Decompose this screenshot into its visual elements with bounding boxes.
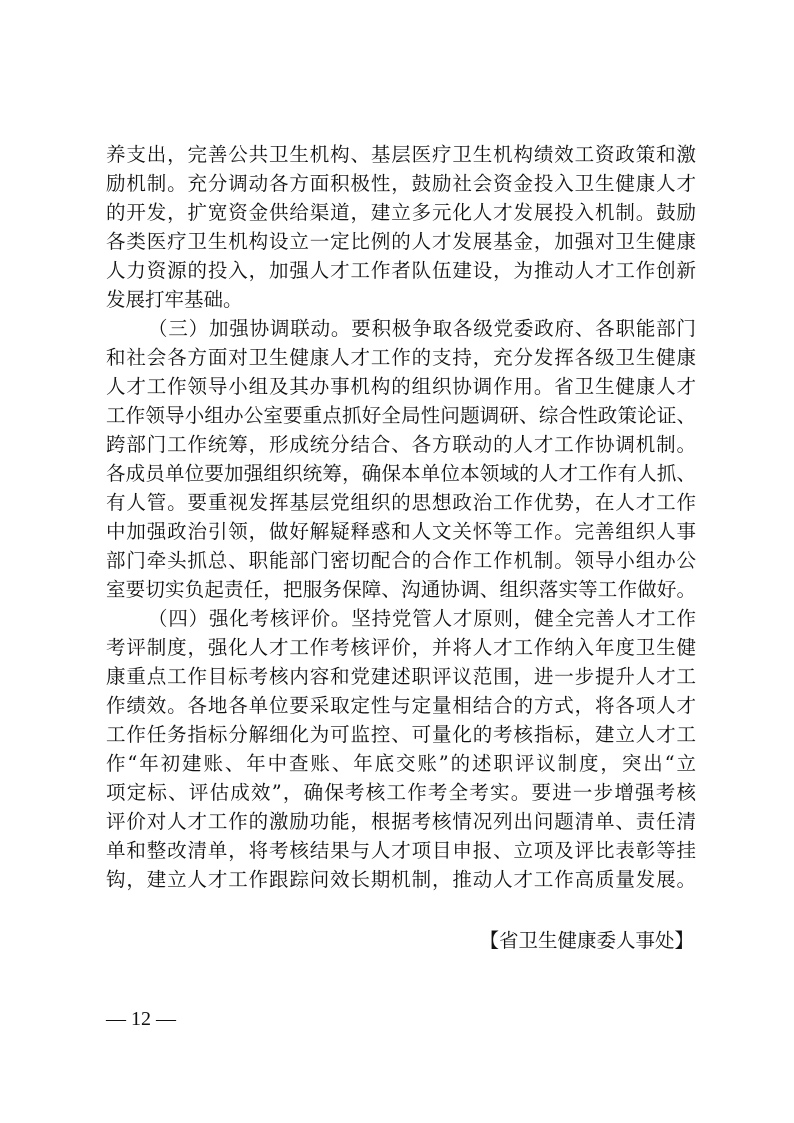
text-line: 励机制。充分调动各方面积极性，鼓励社会资金投入卫生健康人才 bbox=[106, 169, 696, 198]
section-heading-line: （四）强化考核评价。坚持党管人才原则，健全完善人才工作 bbox=[106, 604, 696, 633]
text-line: 和社会各方面对卫生健康人才工作的支持，充分发挥各级卫生健康 bbox=[106, 343, 696, 372]
text-line: 项定标、评估成效”，确保考核工作考全考实。要进一步增强考核 bbox=[106, 778, 696, 807]
paragraph-assessment: （四）强化考核评价。坚持党管人才原则，健全完善人才工作 考评制度，强化人才工作考… bbox=[106, 604, 696, 894]
text-line: 人力资源的投入，加强人才工作者队伍建设，为推动人才工作创新 bbox=[106, 256, 696, 285]
page-number: — 12 — bbox=[106, 1008, 176, 1031]
document-body: 养支出，完善公共卫生机构、基层医疗卫生机构绩效工资政策和激 励机制。充分调动各方… bbox=[106, 140, 696, 894]
text-line: 各成员单位要加强组织统筹，确保本单位本领域的人才工作有人抓、 bbox=[106, 459, 696, 488]
text-line: 单和整改清单，将考核结果与人才项目申报、立项及评比表彰等挂 bbox=[106, 836, 696, 865]
text-line: 作“年初建账、年中查账、年底交账”的述职评议制度，突出“立 bbox=[106, 749, 696, 778]
text-line: 的开发，扩宽资金供给渠道，建立多元化人才发展投入机制。鼓励 bbox=[106, 198, 696, 227]
text-line: 部门牵头抓总、职能部门密切配合的合作工作机制。领导小组办公 bbox=[106, 546, 696, 575]
text-line: 中加强政治引领，做好解疑释惑和人文关怀等工作。完善组织人事 bbox=[106, 517, 696, 546]
text-line: 工作任务指标分解细化为可监控、可量化的考核指标，建立人才工 bbox=[106, 720, 696, 749]
text-line: 钩，建立人才工作跟踪问效长期机制，推动人才工作高质量发展。 bbox=[106, 865, 696, 894]
text-line: 作绩效。各地各单位要采取定性与定量相结合的方式，将各项人才 bbox=[106, 691, 696, 720]
text-line: 考评制度，强化人才工作考核评价，并将人才工作纳入年度卫生健 bbox=[106, 633, 696, 662]
text-line: 养支出，完善公共卫生机构、基层医疗卫生机构绩效工资政策和激 bbox=[106, 140, 696, 169]
text-line: 发展打牢基础。 bbox=[106, 285, 696, 314]
signature-department: 【省卫生健康委人事处】 bbox=[479, 925, 694, 953]
text-line: 有人管。要重视发挥基层党组织的思想政治工作优势，在人才工作 bbox=[106, 488, 696, 517]
text-line: 康重点工作目标考核内容和党建述职评议范围，进一步提升人才工 bbox=[106, 662, 696, 691]
text-line: 评价对人才工作的激励功能，根据考核情况列出问题清单、责任清 bbox=[106, 807, 696, 836]
text-line: 工作领导小组办公室要重点抓好全局性问题调研、综合性政策论证、 bbox=[106, 401, 696, 430]
paragraph-funding: 养支出，完善公共卫生机构、基层医疗卫生机构绩效工资政策和激 励机制。充分调动各方… bbox=[106, 140, 696, 314]
text-line: 各类医疗卫生机构设立一定比例的人才发展基金，加强对卫生健康 bbox=[106, 227, 696, 256]
text-line: 跨部门工作统筹，形成统分结合、各方联动的人才工作协调机制。 bbox=[106, 430, 696, 459]
paragraph-coordination: （三）加强协调联动。要积极争取各级党委政府、各职能部门 和社会各方面对卫生健康人… bbox=[106, 314, 696, 604]
section-heading-line: （三）加强协调联动。要积极争取各级党委政府、各职能部门 bbox=[106, 314, 696, 343]
text-line: 室要切实负起责任，把服务保障、沟通协调、组织落实等工作做好。 bbox=[106, 575, 696, 604]
text-line: 人才工作领导小组及其办事机构的组织协调作用。省卫生健康人才 bbox=[106, 372, 696, 401]
